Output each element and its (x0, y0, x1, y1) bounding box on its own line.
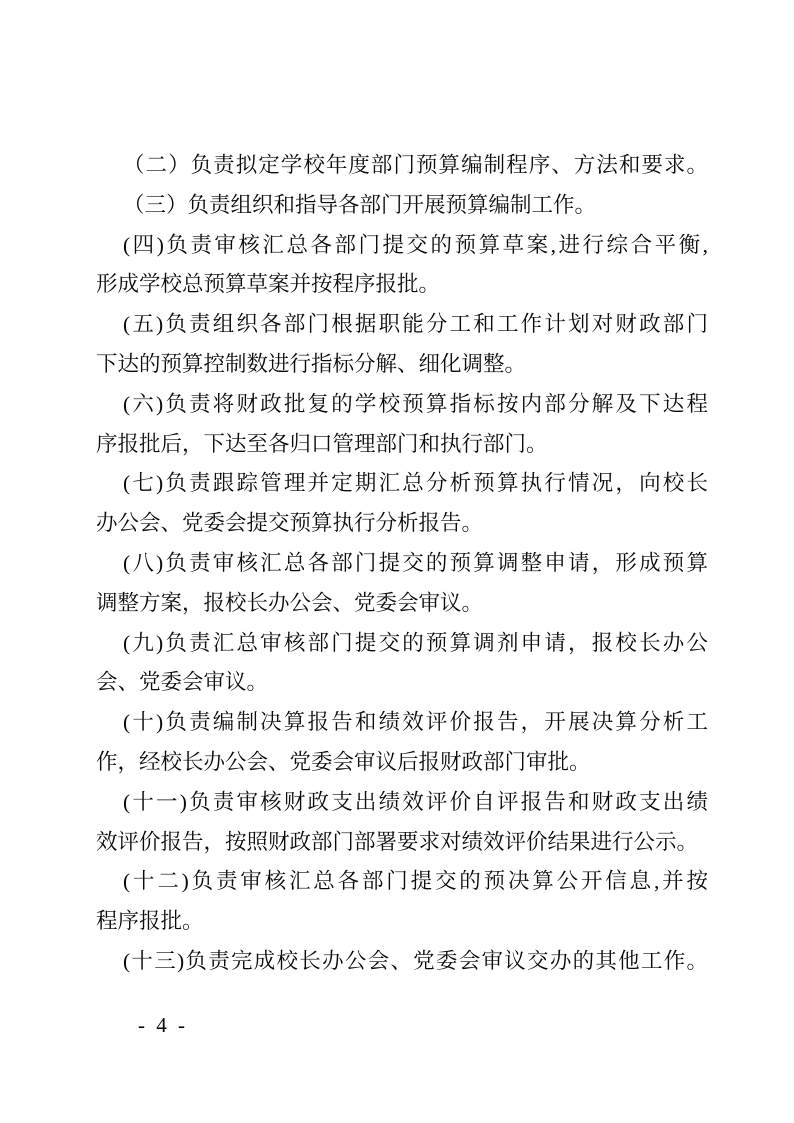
text-line: 作，经校长办公会、党委会审议后报财政部门审批。 (96, 743, 708, 783)
text-line: (四)负责审核汇总各部门提交的预算草案,进行综合平衡, (96, 226, 708, 266)
paragraph-item-6: (七)负责跟踪管理并定期汇总分析预算执行情况，向校长办公会、党委会提交预算执行分… (96, 464, 708, 544)
text-line: (七)负责跟踪管理并定期汇总分析预算执行情况，向校长 (96, 464, 708, 504)
text-line: 序报批后，下达至各归口管理部门和执行部门。 (96, 425, 708, 465)
document-page: （二）负责拟定学校年度部门预算编制程序、方法和要求。（三）负责组织和指导各部门开… (0, 0, 794, 1123)
text-line: 调整方案，报校长办公会、党委会审议。 (96, 584, 708, 624)
paragraph-item-9: (十)负责编制决算报告和绩效评价报告，开展决算分析工作，经校长办公会、党委会审议… (96, 703, 708, 783)
text-line: (八)负责审核汇总各部门提交的预算调整申请，形成预算 (96, 544, 708, 584)
text-line: （二）负责拟定学校年度部门预算编制程序、方法和要求。 (96, 146, 708, 186)
text-line: 程序报批。 (96, 902, 708, 942)
paragraph-item-1: （二）负责拟定学校年度部门预算编制程序、方法和要求。 (96, 146, 708, 186)
paragraph-item-10: (十一)负责审核财政支出绩效评价自评报告和财政支出绩效评价报告，按照财政部门部署… (96, 783, 708, 863)
text-line: (十二)负责审核汇总各部门提交的预决算公开信息,并按 (96, 862, 708, 902)
paragraph-item-3: (四)负责审核汇总各部门提交的预算草案,进行综合平衡,形成学校总预算草案并按程序… (96, 226, 708, 306)
paragraph-item-7: (八)负责审核汇总各部门提交的预算调整申请，形成预算调整方案，报校长办公会、党委… (96, 544, 708, 624)
document-body: （二）负责拟定学校年度部门预算编制程序、方法和要求。（三）负责组织和指导各部门开… (96, 146, 708, 982)
paragraph-item-2: （三）负责组织和指导各部门开展预算编制工作。 (96, 186, 708, 226)
paragraph-item-11: (十二)负责审核汇总各部门提交的预决算公开信息,并按程序报批。 (96, 862, 708, 942)
paragraph-item-4: (五)负责组织各部门根据职能分工和工作计划对财政部门下达的预算控制数进行指标分解… (96, 305, 708, 385)
paragraph-item-5: (六)负责将财政批复的学校预算指标按内部分解及下达程序报批后，下达至各归口管理部… (96, 385, 708, 465)
page-number: - 4 - (138, 1013, 188, 1038)
text-line: 下达的预算控制数进行指标分解、细化调整。 (96, 345, 708, 385)
text-line: (十三)负责完成校长办公会、党委会审议交办的其他工作。 (96, 942, 708, 982)
paragraph-item-12: (十三)负责完成校长办公会、党委会审议交办的其他工作。 (96, 942, 708, 982)
text-line: 效评价报告，按照财政部门部署要求对绩效评价结果进行公示。 (96, 823, 708, 863)
text-line: 形成学校总预算草案并按程序报批。 (96, 265, 708, 305)
text-line: (十一)负责审核财政支出绩效评价自评报告和财政支出绩 (96, 783, 708, 823)
text-line: (十)负责编制决算报告和绩效评价报告，开展决算分析工 (96, 703, 708, 743)
text-line: (五)负责组织各部门根据职能分工和工作计划对财政部门 (96, 305, 708, 345)
paragraph-item-8: (九)负责汇总审核部门提交的预算调剂申请，报校长办公会、党委会审议。 (96, 624, 708, 704)
text-line: 会、党委会审议。 (96, 663, 708, 703)
text-line: （三）负责组织和指导各部门开展预算编制工作。 (96, 186, 708, 226)
text-line: (六)负责将财政批复的学校预算指标按内部分解及下达程 (96, 385, 708, 425)
text-line: 办公会、党委会提交预算执行分析报告。 (96, 504, 708, 544)
text-line: (九)负责汇总审核部门提交的预算调剂申请，报校长办公 (96, 624, 708, 664)
